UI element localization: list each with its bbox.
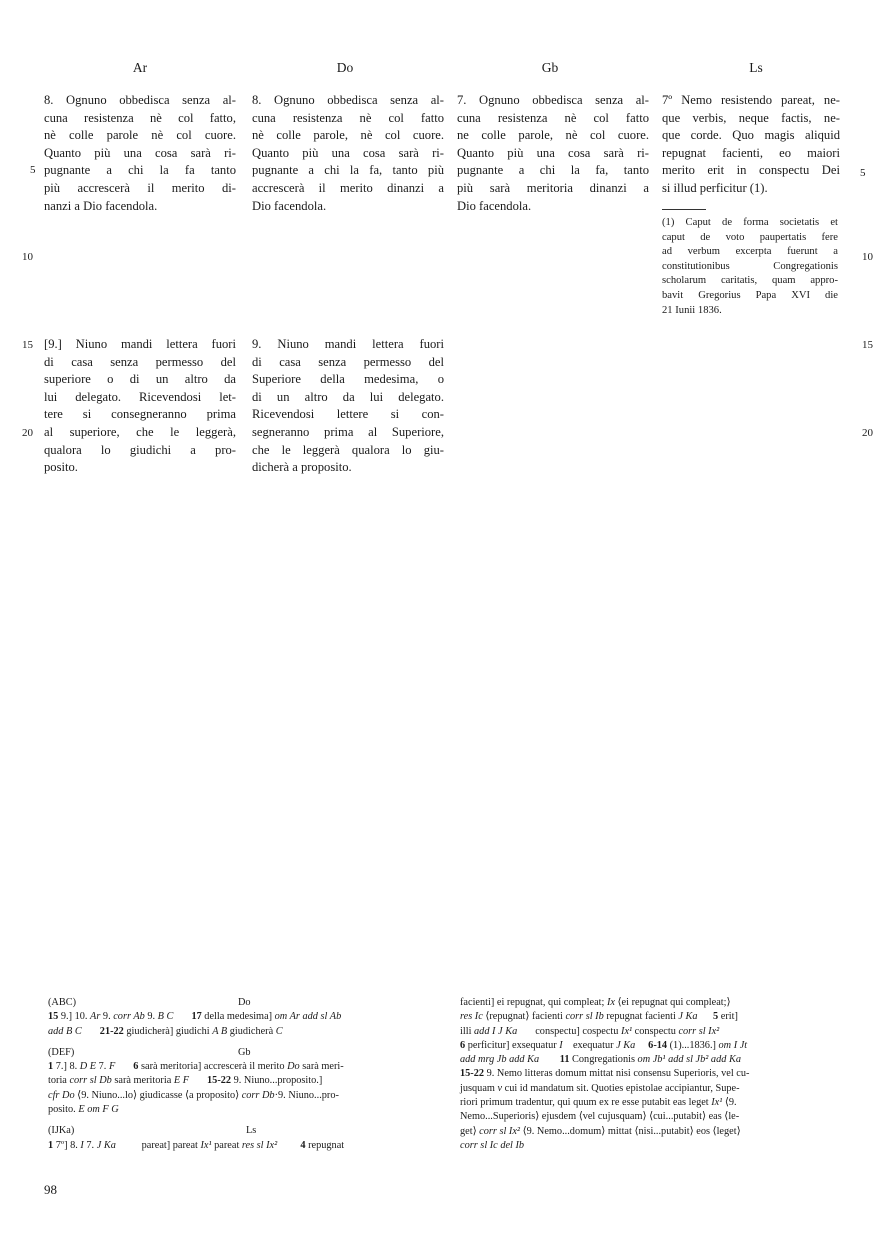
- line-number-left-10: 10: [22, 251, 33, 263]
- ls-footnote-1: (1) Caput de forma societatis etcaput de…: [662, 216, 838, 318]
- apparatus-line: corr sl Ic del Ib: [460, 1139, 880, 1153]
- page-number: 98: [44, 1182, 57, 1198]
- text-line: Dio facendola.: [252, 198, 444, 216]
- text-line: repugnat facienti, eo maiori: [662, 145, 840, 163]
- apparatus-line: riori primum tradentur, qui quum ex re e…: [460, 1096, 880, 1110]
- text-line: [9.] Niuno mandi lettera fuori: [44, 336, 236, 354]
- text-line: bavit Gregorius Papa XVI die: [662, 289, 838, 304]
- text-line: caput de voto paupertatis fere: [662, 231, 838, 246]
- apparatus-line: 15 9.] 10. Ar 9. corr Ab 9. B C 17 della…: [48, 1010, 446, 1024]
- text-line: più accrescerà il merito di-: [44, 180, 236, 198]
- text-line: più sarà meritoria dinanzi a: [457, 180, 649, 198]
- text-line: ne colle parole, nè col cuore.: [457, 127, 649, 145]
- apparatus-witness: Do: [238, 996, 251, 1010]
- text-line: Dio facendola.: [457, 198, 649, 216]
- ar-paragraph-9: [9.] Niuno mandi lettera fuoridi casa se…: [44, 336, 236, 477]
- text-line: nè colle parole, nè col cuore.: [252, 127, 444, 145]
- apparatus-line: posito. E om F G: [48, 1103, 446, 1117]
- line-number-right-10: 10: [862, 251, 873, 263]
- text-line: scholarum caritatis, quam appro-: [662, 274, 838, 289]
- text-line: Quanto più una cosa sarà ri-: [252, 145, 444, 163]
- text-line: 21 Iunii 1836.: [662, 304, 838, 319]
- text-line: que verbis, neque factis, ne-: [662, 110, 840, 128]
- apparatus-line: 15-22 9. Nemo litteras domum mittat nisi…: [460, 1067, 880, 1081]
- text-line: nanzi a Dio facendola.: [44, 198, 236, 216]
- footnote-rule: [662, 209, 706, 210]
- do-paragraph-9: 9. Niuno mandi lettera fuoridi casa senz…: [252, 336, 444, 477]
- text-line: tere si consegneranno prima: [44, 406, 236, 424]
- text-line: si illud perficitur (1).: [662, 180, 840, 198]
- text-line: 9. Niuno mandi lettera fuori: [252, 336, 444, 354]
- text-line: dicherà a proposito.: [252, 459, 444, 477]
- text-line: di casa senza permesso del: [252, 354, 444, 372]
- apparatus-block-def: (DEF)Gb 1 7.] 8. D E 7. F 6 sarà meritor…: [48, 1046, 446, 1117]
- apparatus-right: facienti] ei repugnat, qui compleat; Ix …: [460, 996, 880, 1153]
- text-line: cuna resistenza nè col fatto: [457, 110, 649, 128]
- apparatus-witness: Ls: [246, 1124, 256, 1138]
- apparatus-block-abc: (ABC)Do 15 9.] 10. Ar 9. corr Ab 9. B C …: [48, 996, 446, 1039]
- text-line: segneranno prima al Superiore,: [252, 424, 444, 442]
- text-line: Quanto più una cosa sarà ri-: [457, 145, 649, 163]
- column-header-ls: Ls: [716, 60, 796, 76]
- text-line: 7º Nemo resistendo pareat, ne-: [662, 92, 840, 110]
- text-line: accrescerà il merito dinanzi a: [252, 180, 444, 198]
- apparatus-sigla: (ABC): [48, 996, 76, 1010]
- apparatus-block-ijka: (IJKa)Ls 1 7º] 8. I 7. J Ka pareat] pare…: [48, 1124, 446, 1153]
- apparatus-lines: 15 9.] 10. Ar 9. corr Ab 9. B C 17 della…: [48, 1010, 446, 1039]
- apparatus-line: add B C 21-22 giudicherà] giudichi A B g…: [48, 1025, 446, 1039]
- line-number-left-5: 5: [30, 164, 36, 176]
- ar-paragraph-8: 8. Ognuno obbedisca senza al-cuna resist…: [44, 92, 236, 215]
- gb-paragraph-7: 7. Ognuno obbedisca senza al-cuna resist…: [457, 92, 649, 215]
- apparatus-line: 6 perficitur] exsequatur I exequatur J K…: [460, 1039, 880, 1053]
- text-line: Quanto più una cosa sarà ri-: [44, 145, 236, 163]
- text-line: nè colle parole nè col cuore.: [44, 127, 236, 145]
- apparatus-sigla: (DEF): [48, 1046, 74, 1060]
- text-line: superiore o di un altro da: [44, 371, 236, 389]
- do-paragraph-8: 8. Ognuno obbedisca senza al-cuna resist…: [252, 92, 444, 215]
- text-line: 8. Ognuno obbedisca senza al-: [252, 92, 444, 110]
- text-line: pugnante a chi la fa, tanto: [457, 162, 649, 180]
- apparatus-lines: facienti] ei repugnat, qui compleat; Ix …: [460, 996, 880, 1153]
- apparatus-line: toria corr sl Db sarà meritoria E F 15-2…: [48, 1074, 446, 1088]
- line-number-right-20: 20: [862, 427, 873, 439]
- text-line: cuna resistenza nè col fatto: [252, 110, 444, 128]
- text-line: al superiore, che le leggerà,: [44, 424, 236, 442]
- ls-paragraph-7: 7º Nemo resistendo pareat, ne-que verbis…: [662, 92, 840, 198]
- text-line: que corde. Quo magis aliquid: [662, 127, 840, 145]
- text-line: che le leggerà qualora lo giu-: [252, 442, 444, 460]
- apparatus-sigla: (IJKa): [48, 1124, 74, 1138]
- apparatus-line: add mrg Jb add Ka 11 Congregationis om J…: [460, 1053, 880, 1067]
- apparatus-line: cfr Do ⟨9. Niuno...lo⟩ giudicasse ⟨a pro…: [48, 1089, 446, 1103]
- apparatus-lines: 1 7.] 8. D E 7. F 6 sarà meritoria] accr…: [48, 1060, 446, 1117]
- text-line: ad verbum excerpta fuerunt a: [662, 245, 838, 260]
- apparatus-line: jusquam v cui id mandatum sit. Quoties e…: [460, 1082, 880, 1096]
- book-page: Ar Do Gb Ls 8. Ognuno obbedisca senza al…: [0, 0, 892, 1233]
- text-line: Ricevendosi lettere si con-: [252, 406, 444, 424]
- line-number-left-20: 20: [22, 427, 33, 439]
- column-header-ar: Ar: [100, 60, 180, 76]
- text-line: pugnante a chi la fa, tanto più: [252, 162, 444, 180]
- apparatus-line: res Ic ⟨repugnat⟩ facienti corr sl Ib re…: [460, 1010, 880, 1024]
- text-line: di un altro da lui delegato.: [252, 389, 444, 407]
- text-line: lui delegato. Ricevendosi let-: [44, 389, 236, 407]
- apparatus-witness: Gb: [238, 1046, 251, 1060]
- line-number-left-15: 15: [22, 339, 33, 351]
- text-line: Superiore della medesima, o: [252, 371, 444, 389]
- apparatus-line: get⟩ corr sl Ix² ⟨9. Nemo...domum⟩ mitta…: [460, 1125, 880, 1139]
- text-line: qualora lo giudichi a pro-: [44, 442, 236, 460]
- text-line: pugnante a chi la fa tanto: [44, 162, 236, 180]
- text-line: (1) Caput de forma societatis et: [662, 216, 838, 231]
- apparatus-line: 1 7.] 8. D E 7. F 6 sarà meritoria] accr…: [48, 1060, 446, 1074]
- apparatus-line: illi add I J Ka conspectu] cospectu Ix¹ …: [460, 1025, 880, 1039]
- text-line: di casa senza permesso del: [44, 354, 236, 372]
- text-line: cuna resistenza nè col fatto,: [44, 110, 236, 128]
- text-line: 8. Ognuno obbedisca senza al-: [44, 92, 236, 110]
- column-header-gb: Gb: [510, 60, 590, 76]
- text-line: posito.: [44, 459, 236, 477]
- apparatus-line: facienti] ei repugnat, qui compleat; Ix …: [460, 996, 880, 1010]
- apparatus-left: (ABC)Do 15 9.] 10. Ar 9. corr Ab 9. B C …: [48, 996, 446, 1153]
- apparatus-line: 1 7º] 8. I 7. J Ka pareat] pareat Ix¹ pa…: [48, 1139, 446, 1153]
- column-header-do: Do: [305, 60, 385, 76]
- apparatus-lines: 1 7º] 8. I 7. J Ka pareat] pareat Ix¹ pa…: [48, 1139, 446, 1153]
- line-number-right-5: 5: [860, 167, 866, 179]
- text-line: 7. Ognuno obbedisca senza al-: [457, 92, 649, 110]
- text-line: constitutionibus Congregationis: [662, 260, 838, 275]
- text-line: merito erit in conspectu Dei: [662, 162, 840, 180]
- apparatus-line: Nemo...Superioris⟩ ejusdem ⟨vel cujusqua…: [460, 1110, 880, 1124]
- line-number-right-15: 15: [862, 339, 873, 351]
